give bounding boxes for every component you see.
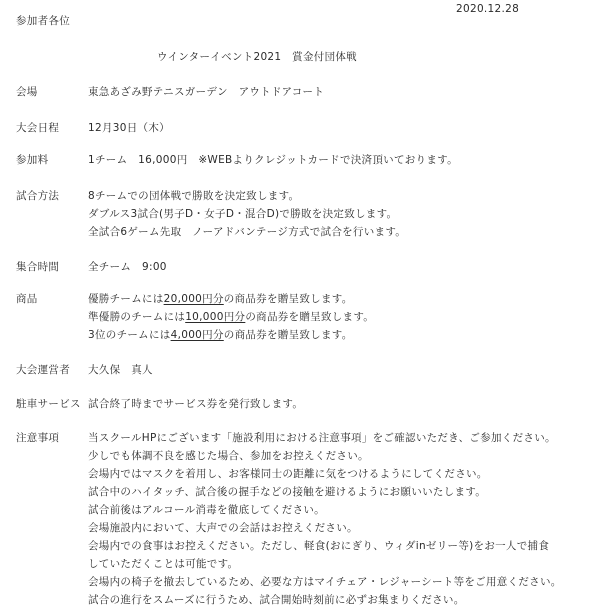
prize-text: の商品券を贈呈致します。 bbox=[224, 329, 353, 341]
notes-line: 試合中のハイタッチ、試合後の握手などの接触を避けるようにお願いいたします。 bbox=[88, 483, 562, 501]
notes-line: 会場施設内において、大声での会話はお控えください。 bbox=[88, 519, 562, 537]
prize-amount: 10,000円分 bbox=[185, 311, 245, 323]
prize-text: 3位のチームには bbox=[88, 329, 171, 341]
organizer-value: 大久保 真人 bbox=[88, 361, 153, 379]
venue-label: 会場 bbox=[16, 83, 38, 101]
schedule-label: 大会日程 bbox=[16, 119, 59, 137]
prize-line: 準優勝のチームには10,000円分の商品券を贈呈致します。 bbox=[88, 308, 374, 326]
fee-label: 参加料 bbox=[16, 151, 48, 169]
prizes-label: 商品 bbox=[16, 290, 38, 308]
meeting-time-value: 全チーム 9:00 bbox=[88, 258, 167, 276]
notes-line: 少しでも体調不良を感じた場合、参加をお控えください。 bbox=[88, 447, 562, 465]
notes-line: 会場内での食事はお控えください。ただし、軽食(おにぎり、ウィダinゼリー等)をお… bbox=[88, 537, 562, 555]
notes-line: 当スクールHPにございます「施設利用における注意事項」をご確認いただき、ご参加く… bbox=[88, 429, 562, 447]
organizer-label: 大会運営者 bbox=[16, 361, 70, 379]
parking-label: 駐車サービス bbox=[16, 395, 81, 413]
meeting-time-label: 集合時間 bbox=[16, 258, 59, 276]
fee-value: 1チーム 16,000円 ※WEBよりクレジットカードで決済頂いております。 bbox=[88, 151, 458, 169]
parking-value: 試合終了時までサービス券を発行致します。 bbox=[88, 395, 303, 413]
prize-text: 優勝チームには bbox=[88, 293, 164, 305]
schedule-value: 12月30日（木） bbox=[88, 119, 170, 137]
notes-line: 試合前後はアルコール消毒を徹底してください。 bbox=[88, 501, 562, 519]
prize-text: の商品券を贈呈致します。 bbox=[245, 311, 374, 323]
prize-text: の商品券を贈呈致します。 bbox=[224, 293, 353, 305]
venue-value: 東急あざみ野テニスガーデン アウトドアコート bbox=[88, 83, 324, 101]
prize-line: 3位のチームには4,000円分の商品券を贈呈致します。 bbox=[88, 326, 374, 344]
format-line: 8チームでの団体戦で勝敗を決定致します。 bbox=[88, 187, 406, 205]
notes-label: 注意事項 bbox=[16, 429, 59, 447]
event-title: ウインターイベント2021 賞金付団体戦 bbox=[157, 48, 357, 66]
prize-amount: 4,000円分 bbox=[171, 329, 224, 341]
notes-line: していただくことは可能です。 bbox=[88, 555, 562, 573]
greeting: 参加者各位 bbox=[16, 12, 70, 30]
prize-amount: 20,000円分 bbox=[164, 293, 224, 305]
prize-line: 優勝チームには20,000円分の商品券を贈呈致します。 bbox=[88, 290, 374, 308]
format-line: ダブルス3試合(男子D・女子D・混合D)で勝敗を決定致します。 bbox=[88, 205, 406, 223]
prize-text: 準優勝のチームには bbox=[88, 311, 185, 323]
format-line: 全試合6ゲーム先取 ノーアドバンテージ方式で試合を行います。 bbox=[88, 223, 406, 241]
notes-line: 会場内ではマスクを着用し、お客様同士の距離に気をつけるようにしてください。 bbox=[88, 465, 562, 483]
notes-line: 会場内の椅子を撤去しているため、必要な方はマイチェア・レジャーシート等をご用意く… bbox=[88, 573, 562, 591]
notes-line: 試合の進行をスムーズに行うため、試合開始時刻前に必ずお集まりください。 bbox=[88, 591, 562, 609]
document-date: 2020.12.28 bbox=[456, 0, 519, 18]
format-label: 試合方法 bbox=[16, 187, 59, 205]
